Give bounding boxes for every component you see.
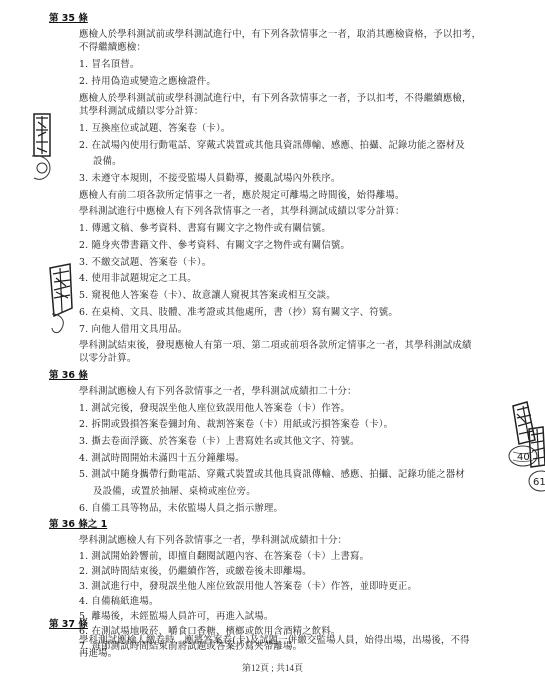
article-35-line: 應檢人於學科測試前或學科測試進行中，有下列各款情事之一者，取消其應檢資格，予以扣… — [79, 26, 481, 40]
article-35-line: 2. 在試場內使用行動電話、穿戴式裝置或其他具資訊傳輸、感應、拍攝、記錄功能之器… — [79, 137, 465, 151]
article-35-line: 1. 傳遞文稿、參考資料、書寫有關文字之物件或有關信號。 — [79, 220, 331, 234]
article-35-line: 不得繼續應檢： — [79, 39, 146, 53]
article-35-line: 應檢人有前二項各款所定情事之一者，應於規定可離場之時間後，始得離場。 — [79, 187, 405, 201]
article-35-line: 7. 向他人借用文具用品。 — [79, 321, 187, 335]
page-footer: 第12頁 ; 共14頁 — [0, 661, 545, 674]
article-35-line: 1. 互換座位或試題、答案卷（卡）。 — [79, 120, 230, 134]
article-35-line: 3. 不繳交試題、答案卷（卡）。 — [79, 254, 211, 268]
article-37-line: 學科測試應檢人繳卷時，應將答案卷(卡)及試題一併繳交監場人員，始得出場，出場後，… — [79, 632, 470, 646]
article-36-1-line: 2. 測試時間結束後，仍繼續作答，或繳卷後未即離場。 — [79, 563, 312, 577]
seal-stamp-icon — [28, 112, 52, 184]
article-36-1-line: 1. 測試開始鈴響前，即擅自翻閱試題內容、在答案卷（卡）上書寫。 — [79, 548, 369, 562]
article-35-line: 1. 冒名頂替。 — [79, 56, 139, 70]
article-35-line: 設備。 — [93, 153, 122, 167]
article-36-1-line: 5. 離場後，未經監場人員許可，再進入試場。 — [79, 608, 273, 622]
article-35-line: 2. 持用偽造或變造之應檢證件。 — [79, 73, 216, 87]
article-36-line: 3. 撕去卷面浮籤、於答案卷（卡）上書寫姓名或其他文字、符號。 — [79, 433, 360, 447]
article-35-line: 5. 窺視他人答案卷（卡）、故意讓人窺視其答案或相互交談。 — [79, 287, 336, 301]
article-36-line: 4. 測試時間開始未滿四十五分鐘離場。 — [79, 450, 245, 464]
article-36-1-line: 3. 測試進行中，發現誤坐他人座位致誤用他人答案卷（卡）作答，並即時更正。 — [79, 578, 417, 592]
article-35-line: 4. 使用非試題規定之工具。 — [79, 270, 197, 284]
article-35-line: 學科測試進行中應檢人有下列各款情事之一者，其學科測試成績以零分計算： — [79, 203, 405, 217]
article-35-line: 其學科測試成績以零分計算： — [79, 103, 203, 117]
article-35-line: 學科測試結束後，發現應檢人有第一項、第二項或前項各款所定情事之一者，其學科測試成… — [79, 337, 472, 351]
article-35-line: 6. 在桌椅、文具、肢體、准考證或其他處所，書（抄）寫有關文字、符號。 — [79, 304, 398, 318]
article-36-1-heading: 第 36 條之 1 — [49, 516, 107, 530]
article-35-line: 應檢人於學科測試前或學科測試進行中，有下列各款情事之一者，予以扣考，不得繼續應檢… — [79, 90, 472, 104]
article-36-line: 2. 拆開或毀損答案卷彌封角、裁割答案卷（卡）用紙或污損答案卷（卡）。 — [79, 416, 393, 430]
article-36-line: 5. 測試中隨身攜帶行動電話、穿戴式裝置或其他具資訊傳輸、感應、拍攝、記錄功能之… — [79, 466, 465, 480]
article-35-heading: 第 35 條 — [49, 10, 88, 24]
article-37-line: 再進場。 — [79, 645, 117, 659]
article-36-1-line: 學科測試應檢人有下列各款情事之一者，學科測試成績扣十分： — [79, 532, 347, 546]
article-35-line: 3. 未遵守本規則，不接受監場人員勸導，擾亂試場內外秩序。 — [79, 170, 340, 184]
article-36-line: 及設備，或置於抽屜、桌椅或座位旁。 — [93, 483, 256, 497]
article-35-line: 2. 隨身夾帶書籍文件、參考資料、有關文字之物件或有關信號。 — [79, 237, 350, 251]
article-36-line: 學科測試應檢人有下列各款情事之一者，學科測試成績扣二十分： — [79, 383, 357, 397]
article-36-1-line: 4. 自備稿紙進場。 — [79, 593, 159, 607]
seal-stamp-icon — [48, 262, 74, 334]
seal-stamp-icon: 61 — [527, 425, 545, 495]
article-36-line: 6. 自備工具等物品，未依監場人員之指示辦理。 — [79, 500, 283, 514]
article-36-heading: 第 36 條 — [49, 367, 88, 381]
svg-text:61: 61 — [533, 477, 545, 488]
article-35-line: 以零分計算。 — [79, 350, 136, 364]
article-37-heading: 第 37 條 — [49, 616, 88, 630]
article-36-line: 1. 測試完後，發現誤坐他人座位致誤用他人答案卷（卡）作答。 — [79, 400, 350, 414]
